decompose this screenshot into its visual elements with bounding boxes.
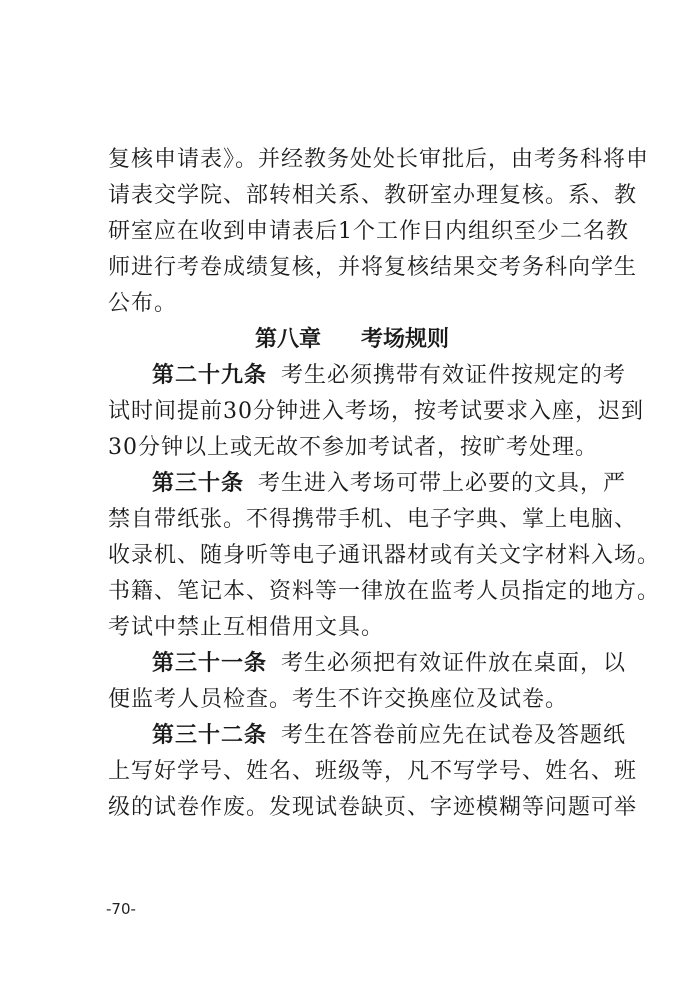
text-line: 级的试卷作废。发现试卷缺页、字迹模糊等问题可举 (108, 790, 596, 826)
article-first-line: 第三十条考生进入考场可带上必要的文具，严 (108, 466, 596, 502)
text-line: 试时间提前30分钟进入考场，按考试要求入座，迟到 (108, 394, 596, 430)
article-first-line: 第三十二条考生在答卷前应先在试卷及答题纸 (108, 718, 596, 754)
text-line: 公布。 (108, 286, 596, 322)
chapter-heading: 第八章考场规则 (108, 322, 596, 358)
chapter-number: 第八章 (255, 327, 321, 352)
text-line: 复核申请表》。并经教务处处长审批后，由考务科将申 (108, 142, 596, 178)
text-line: 请表交学院、部转相关系、教研室办理复核。系、教 (108, 178, 596, 214)
text-line: 便监考人员检查。考生不许交换座位及试卷。 (108, 682, 596, 718)
article-label: 第三十条 (152, 471, 244, 496)
text-line: 研室应在收到申请表后1个工作日内组织至少二名教 (108, 214, 596, 250)
text-line: 考试中禁止互相借用文具。 (108, 610, 596, 646)
article-label: 第三十二条 (152, 723, 267, 748)
document-page: 复核申请表》。并经教务处处长审批后，由考务科将申 请表交学院、部转相关系、教研室… (108, 142, 596, 826)
article-label: 第二十九条 (152, 363, 267, 388)
text-line: 上写好学号、姓名、班级等，凡不写学号、姓名、班 (108, 754, 596, 790)
text-line: 书籍、笔记本、资料等一律放在监考人员指定的地方。 (108, 574, 596, 610)
text-line: 收录机、随身听等电子通讯器材或有关文字材料入场。 (108, 538, 596, 574)
article-first-line: 第三十一条考生必须把有效证件放在桌面，以 (108, 646, 596, 682)
text-line: 师进行考卷成绩复核，并将复核结果交考务科向学生 (108, 250, 596, 286)
article-first-line: 第二十九条考生必须携带有效证件按规定的考 (108, 358, 596, 394)
article-label: 第三十一条 (152, 651, 267, 676)
page-number: -70- (106, 900, 136, 918)
chapter-title: 考场规则 (361, 327, 449, 352)
text-line: 30分钟以上或无故不参加考试者，按旷考处理。 (108, 430, 596, 466)
text-line: 禁自带纸张。不得携带手机、电子字典、掌上电脑、 (108, 502, 596, 538)
